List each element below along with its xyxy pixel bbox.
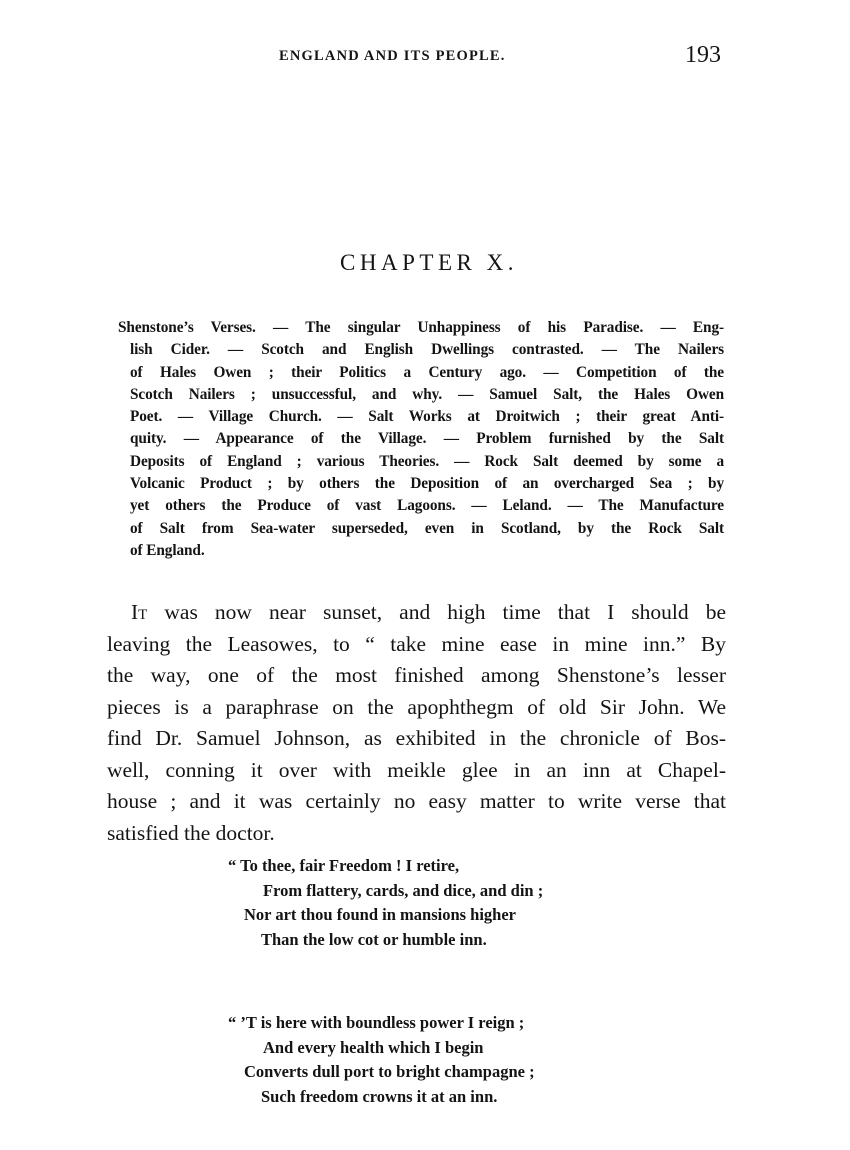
summary-line: Shenstone’s Verses. — The singular Unhap… [118, 317, 724, 339]
verse-line: And every health which I begin [228, 1036, 535, 1061]
verse-line: Nor art thou found in mansions higher [228, 903, 543, 928]
summary-line: of England. [118, 540, 724, 562]
opening-line-text: was now near sunset, and high time that … [147, 600, 726, 624]
body-paragraph: It was now near sunset, and high time th… [107, 597, 726, 849]
summary-line: Scotch Nailers ; unsuccessful, and why. … [118, 384, 724, 406]
summary-line: Poet. — Village Church. — Salt Works at … [118, 406, 724, 428]
paragraph-line: the way, one of the most finished among … [107, 660, 726, 692]
verse-stanza-1: “ To thee, fair Freedom ! I retire, From… [228, 854, 543, 953]
paragraph-line: house ; and it was certainly no easy mat… [107, 786, 726, 818]
paragraph-line: pieces is a paraphrase on the apophthegm… [107, 692, 726, 724]
verse-line: “ ’T is here with boundless power I reig… [228, 1011, 535, 1036]
verse-line: “ To thee, fair Freedom ! I retire, [228, 854, 543, 879]
summary-line: Deposits of England ; various Theories. … [118, 451, 724, 473]
verse-line: Such freedom crowns it at an inn. [228, 1085, 535, 1110]
opening-word: It [131, 600, 147, 624]
paragraph-line: satisfied the doctor. [107, 818, 726, 850]
summary-line: yet others the Produce of vast Lagoons. … [118, 495, 724, 517]
summary-line: quity. — Appearance of the Village. — Pr… [118, 428, 724, 450]
verse-stanza-2: “ ’T is here with boundless power I reig… [228, 1011, 535, 1110]
paragraph-line: find Dr. Samuel Johnson, as exhibited in… [107, 723, 726, 755]
chapter-heading: CHAPTER X. [0, 250, 850, 276]
paragraph-line: It was now near sunset, and high time th… [107, 597, 726, 629]
verse-line: From flattery, cards, and dice, and din … [228, 879, 543, 904]
summary-line: lish Cider. — Scotch and English Dwellin… [118, 339, 724, 361]
summary-line: of Hales Owen ; their Politics a Century… [118, 362, 724, 384]
page-number: 193 [685, 42, 721, 69]
verse-line: Than the low cot or humble inn. [228, 928, 543, 953]
running-title: ENGLAND AND ITS PEOPLE. [279, 48, 506, 65]
paragraph-line: well, conning it over with meikle glee i… [107, 755, 726, 787]
summary-line: of Salt from Sea-water superseded, even … [118, 518, 724, 540]
chapter-summary: Shenstone’s Verses. — The singular Unhap… [118, 317, 724, 562]
paragraph-line: leaving the Leasowes, to “ take mine eas… [107, 629, 726, 661]
summary-line: Volcanic Product ; by others the Deposit… [118, 473, 724, 495]
running-head: ENGLAND AND ITS PEOPLE. 193 [279, 42, 721, 72]
verse-line: Converts dull port to bright champagne ; [228, 1060, 535, 1085]
